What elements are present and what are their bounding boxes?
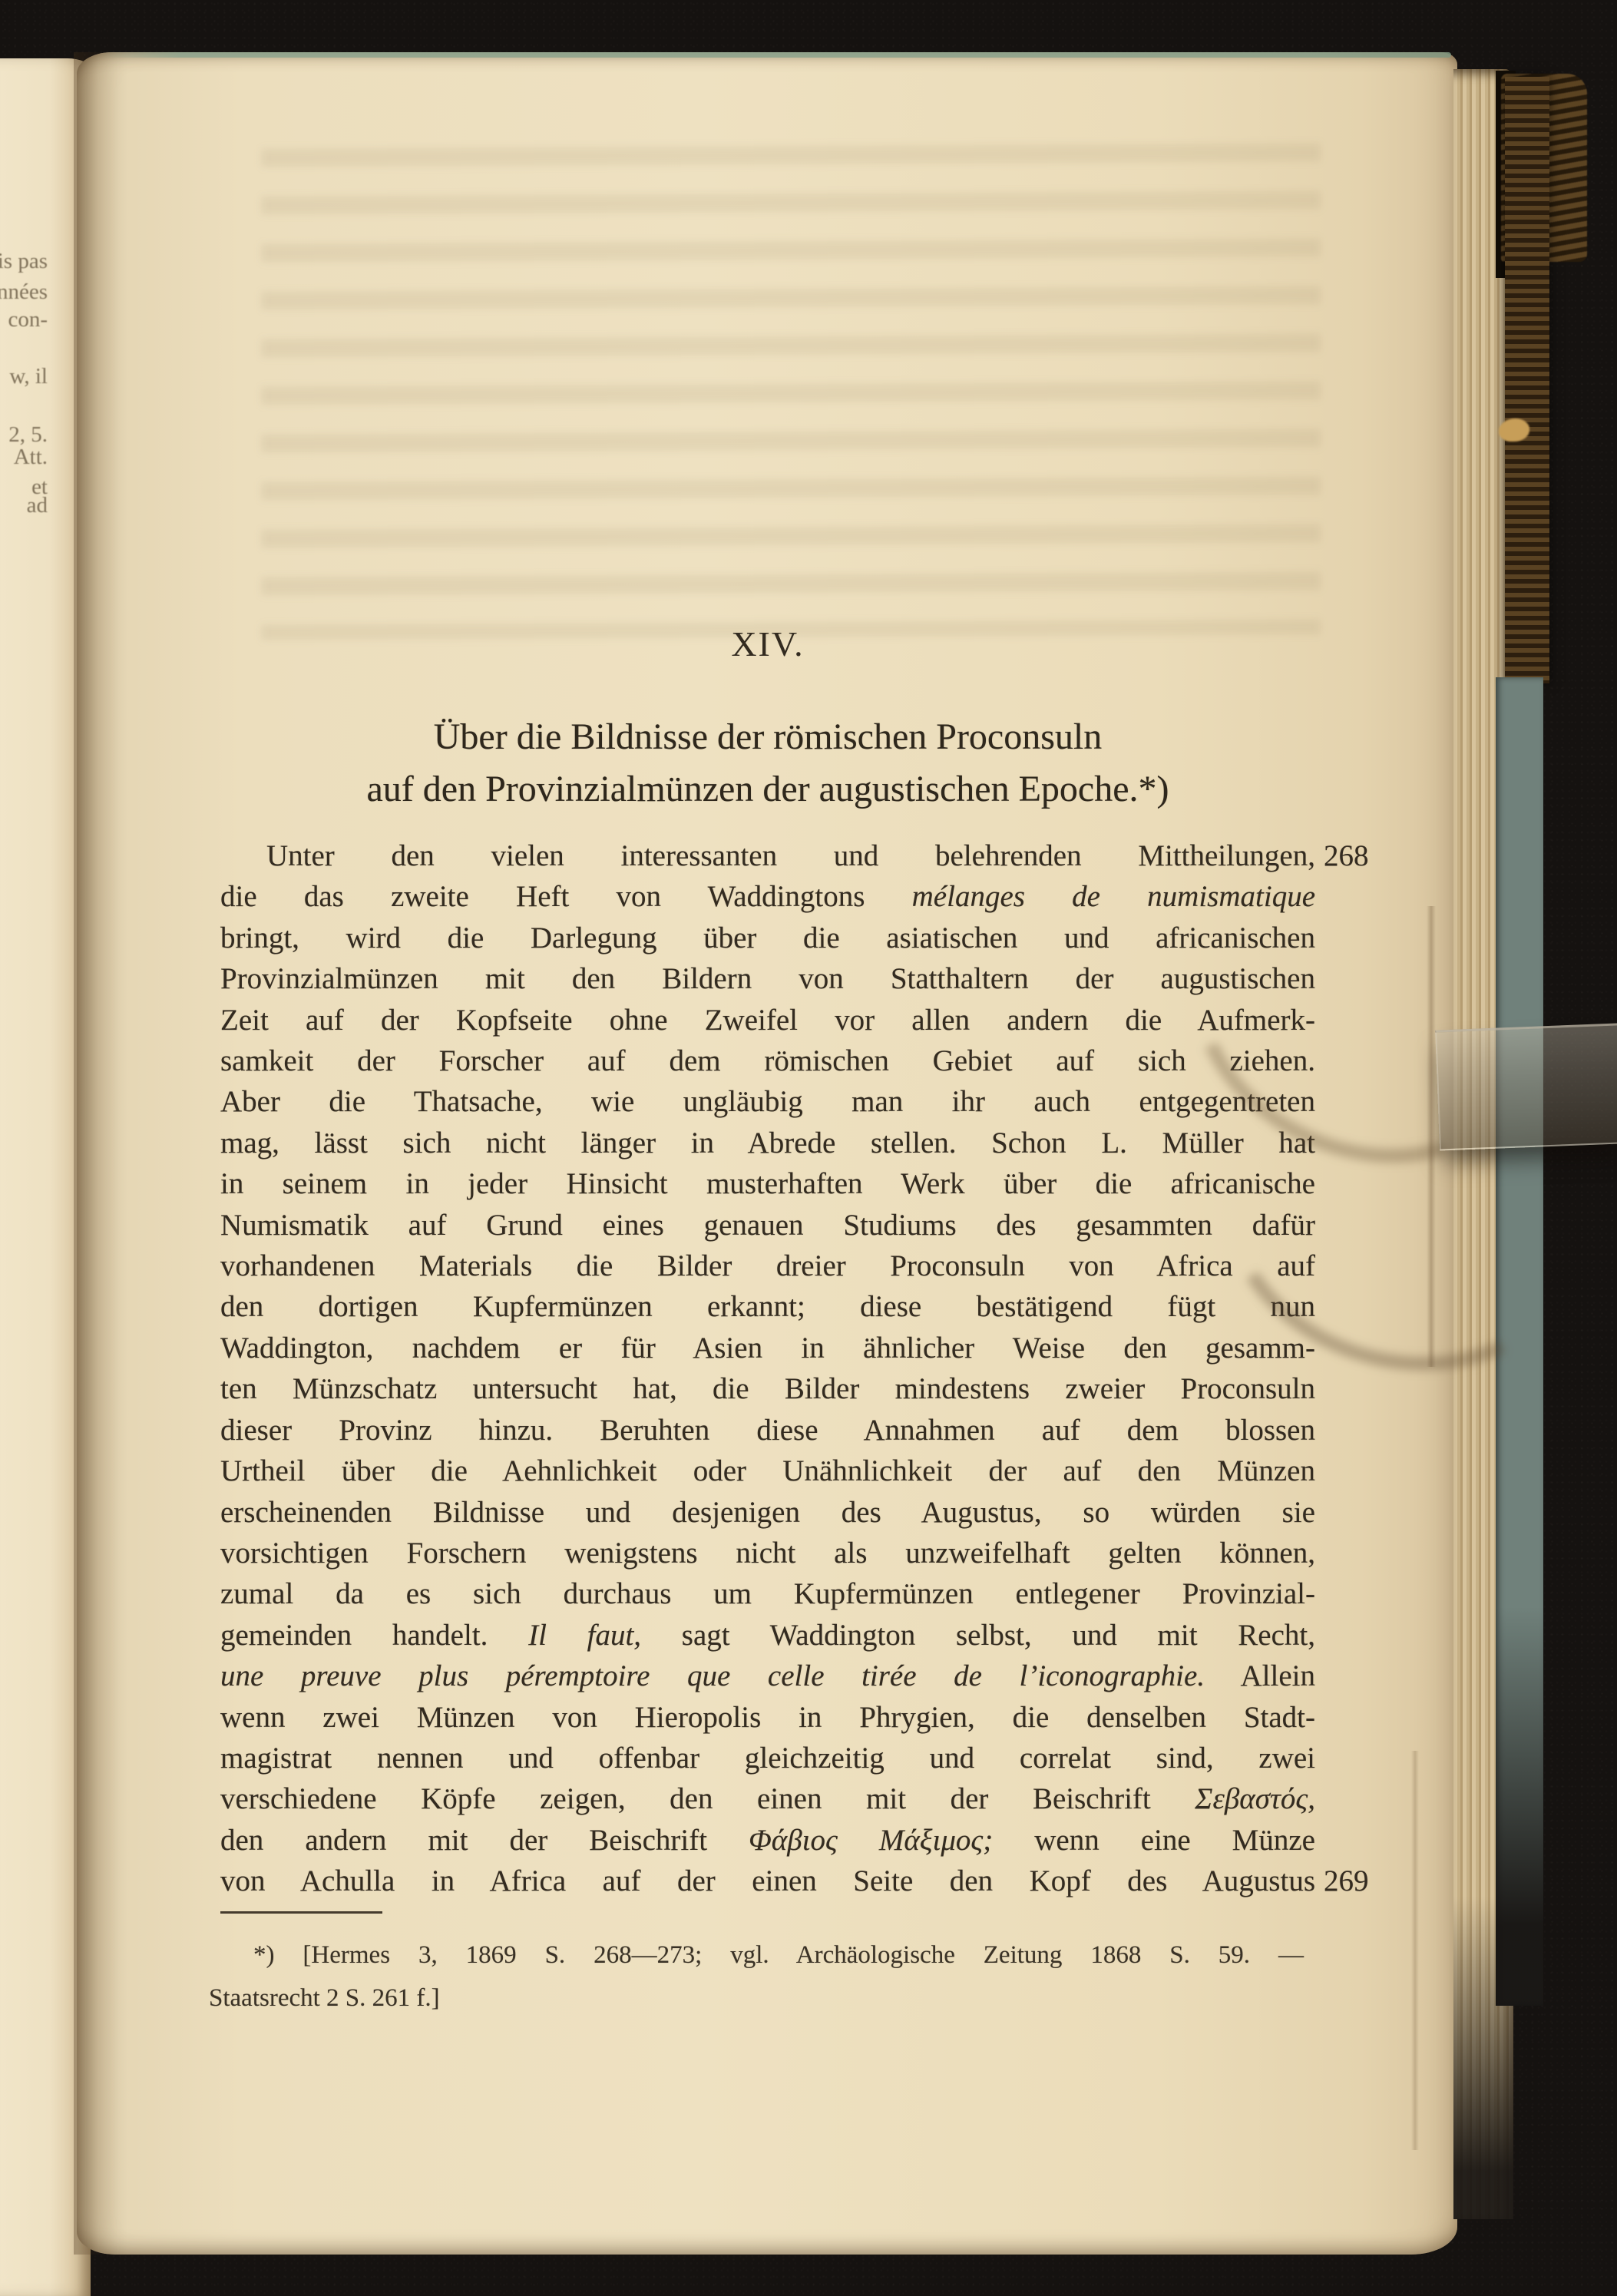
body-line: erscheinenden Bildnisse und desjenigen d… — [220, 1492, 1315, 1533]
body-line: Provinzialmünzen mit den Bildern von Sta… — [220, 958, 1315, 999]
body-text-segment: vorhandenen Materials die Bilder dreier … — [220, 1249, 1315, 1282]
body-line: Urtheil über die Aehnlichkeit oder Unähn… — [220, 1451, 1315, 1491]
body-text-segment: den andern mit der Beischrift — [220, 1824, 749, 1857]
body-line: den andern mit der Beischrift Φάβιος Μάξ… — [220, 1820, 1315, 1861]
book-photo-scene: is pas nnées con- w, il 2, 5. Att. et ad… — [0, 0, 1617, 2296]
body-text-segment: zumal da es sich durchaus um Kupfermünze… — [220, 1577, 1315, 1610]
body-text-segment: magistrat nennen und offenbar gleichzeit… — [220, 1742, 1315, 1775]
leather-cover-edge — [1505, 77, 1549, 683]
footnote-line: Staatsrecht 2 S. 261 f.] — [209, 1977, 1304, 2020]
body-line: in seinem in jeder Hinsicht musterhaften… — [220, 1163, 1315, 1204]
greek-inscription: Σεβαστός, — [1195, 1782, 1315, 1815]
body-text-segment: Zeit auf der Kopfseite ohne Zweifel vor … — [220, 1004, 1315, 1037]
body-text-segment: mag, lässt sich nicht länger in Abrede s… — [220, 1126, 1315, 1160]
body-text: Unter den vielen interessanten und beleh… — [220, 835, 1315, 1902]
body-text-segment: ten Münzschatz untersucht hat, die Bilde… — [220, 1372, 1315, 1405]
body-line: Zeit auf der Kopfseite ohne Zweifel vor … — [220, 1000, 1315, 1040]
body-text-segment: Numismatik auf Grund eines genauen Studi… — [220, 1209, 1315, 1242]
body-text-segment: bringt, wird die Darlegung über die asia… — [220, 921, 1315, 954]
body-line: Aber die Thatsache, wie ungläubig man ih… — [220, 1081, 1315, 1122]
page-crease — [1411, 1751, 1419, 2150]
body-line: vorsichtigen Forschern wenigstens nicht … — [220, 1533, 1315, 1573]
gutter-shadow — [74, 52, 127, 2255]
transparent-holding-strap — [1435, 1023, 1617, 1150]
body-line: die das zweite Heft von Waddingtons méla… — [220, 876, 1315, 917]
body-text-segment: sagt Waddington selbst, und mit Recht, — [641, 1619, 1315, 1652]
body-line: ten Münzschatz untersucht hat, die Bilde… — [220, 1368, 1315, 1409]
footnote: *) [Hermes 3, 1869 S. 268—273; vgl. Arch… — [209, 1934, 1304, 2020]
chapter-title-line1: Über die Bildnisse der römischen Procons… — [220, 716, 1315, 758]
body-line: bringt, wird die Darlegung über die asia… — [220, 918, 1315, 958]
body-text-segment: une preuve plus péremptoire que celle ti… — [220, 1659, 1205, 1692]
body-text-segment: die das zweite Heft von Waddingtons — [220, 880, 912, 913]
body-line: Unter den vielen interessanten und beleh… — [220, 835, 1315, 876]
leather-worn-chip — [1499, 419, 1529, 442]
body-text-segment: Allein — [1205, 1659, 1315, 1692]
body-text-segment: den dortigen Kupfermünzen erkannt; diese… — [220, 1290, 1315, 1323]
body-line: gemeinden handelt. Il faut, sagt Wadding… — [220, 1615, 1315, 1656]
body-text-segment: dieser Provinz hinzu. Beruhten diese Ann… — [220, 1414, 1315, 1447]
body-line: verschiedene Köpfe zeigen, den einen mit… — [220, 1778, 1315, 1819]
body-line: Waddington, nachdem er für Asien in ähnl… — [220, 1328, 1315, 1368]
body-text-segment: vorsichtigen Forschern wenigstens nicht … — [220, 1537, 1315, 1570]
body-text-segment: Il faut, — [528, 1619, 641, 1652]
body-line: magistrat nennen und offenbar gleichzeit… — [220, 1738, 1315, 1778]
section-number: XIV. — [220, 624, 1315, 664]
chapter-title-line2: auf den Provinzialmünzen der augustische… — [220, 768, 1315, 810]
body-line: Numismatik auf Grund eines genauen Studi… — [220, 1205, 1315, 1246]
margin-page-number-bottom: 269 — [1324, 1861, 1400, 1901]
body-text-segment: wenn zwei Münzen von Hieropolis in Phryg… — [220, 1701, 1315, 1734]
body-text-segment: gemeinden handelt. — [220, 1619, 528, 1652]
greek-inscription: Φάβιος Μάξιμος; — [749, 1824, 993, 1857]
body-text-segment: Provinzialmünzen mit den Bildern von Sta… — [220, 962, 1315, 995]
body-text-segment: erscheinenden Bildnisse und desjenigen d… — [220, 1496, 1315, 1529]
body-line: dieser Provinz hinzu. Beruhten diese Ann… — [220, 1410, 1315, 1451]
body-line: den dortigen Kupfermünzen erkannt; diese… — [220, 1286, 1315, 1327]
body-text-segment: samkeit der Forscher auf dem römischen G… — [220, 1044, 1315, 1077]
body-line: von Achulla in Africa auf der einen Seit… — [220, 1861, 1315, 1901]
body-line: zumal da es sich durchaus um Kupfermünze… — [220, 1573, 1315, 1614]
body-line: wenn zwei Münzen von Hieropolis in Phryg… — [220, 1697, 1315, 1738]
body-text-segment: in seinem in jeder Hinsicht musterhaften… — [220, 1167, 1315, 1200]
body-text-segment: verschiedene Köpfe zeigen, den einen mit… — [220, 1782, 1195, 1815]
body-line: mag, lässt sich nicht länger in Abrede s… — [220, 1123, 1315, 1163]
body-line: une preuve plus péremptoire que celle ti… — [220, 1656, 1315, 1696]
body-text-segment: Unter den vielen interessanten und beleh… — [266, 839, 1315, 872]
body-text-segment: Urtheil über die Aehnlichkeit oder Unähn… — [220, 1454, 1315, 1487]
body-text-segment: Aber die Thatsache, wie ungläubig man ih… — [220, 1085, 1315, 1118]
footnote-line: *) [Hermes 3, 1869 S. 268—273; vgl. Arch… — [209, 1934, 1304, 1977]
body-text-segment: wenn eine Münze — [993, 1824, 1315, 1857]
body-text-segment: von Achulla in Africa auf der einen Seit… — [220, 1864, 1315, 1897]
body-text-segment: Waddington, nachdem er für Asien in ähnl… — [220, 1332, 1315, 1365]
body-line: samkeit der Forscher auf dem römischen G… — [220, 1040, 1315, 1081]
footnote-separator-rule — [220, 1911, 382, 1914]
body-line: vorhandenen Materials die Bilder dreier … — [220, 1246, 1315, 1286]
